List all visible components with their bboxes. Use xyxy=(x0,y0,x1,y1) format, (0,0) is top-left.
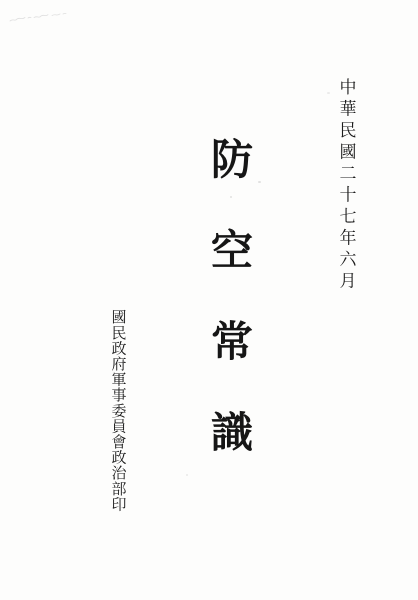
paper-speck xyxy=(258,181,261,183)
scanned-book-title-page: 中華民國二十七年六月 防空常識 國民政府軍事委員會政治部印 xyxy=(0,0,418,600)
paper-speck xyxy=(327,92,330,94)
publication-date-vertical-text: 中華民國二十七年六月 xyxy=(338,78,355,293)
publisher-imprint-vertical-text: 國民政府軍事委員會政治部印 xyxy=(110,309,125,512)
faint-pencil-inscription-mark xyxy=(8,8,70,26)
paper-speck xyxy=(230,196,232,198)
paper-speck xyxy=(186,474,188,476)
book-title-vertical-text: 防空常識 xyxy=(207,137,249,501)
